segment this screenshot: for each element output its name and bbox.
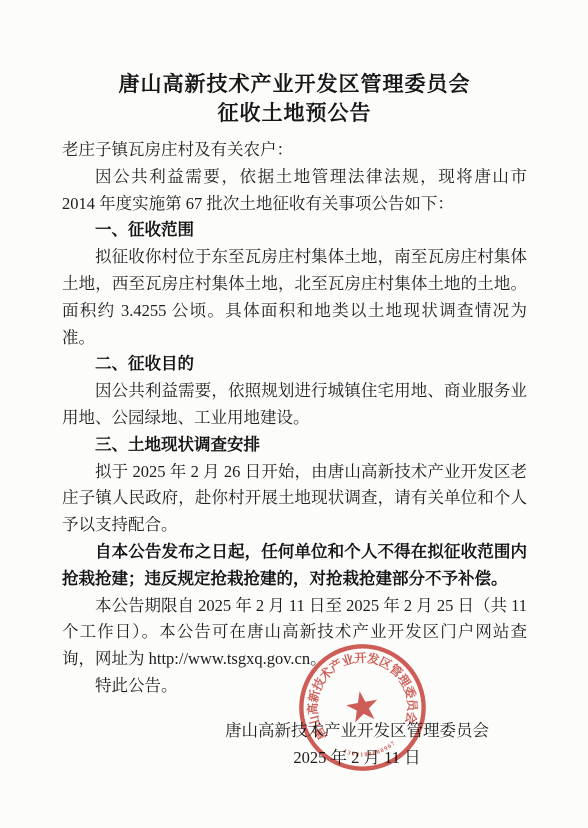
intro-paragraph: 因公共利益需要，依据土地管理法律法规，现将唐山市 2014 年度实施第 67 批… [62, 164, 527, 218]
purpose-paragraph: 因公共利益需要，依照规划进行城镇住宅用地、商业服务业用地、公园绿地、工业用地建设… [62, 378, 527, 432]
notice-document-page: 唐山高新技术产业开发区管理委员会 征收土地预公告 老庄子镇瓦房庄村及有关农户： … [0, 0, 588, 828]
document-content: 唐山高新技术产业开发区管理委员会 征收土地预公告 老庄子镇瓦房庄村及有关农户： … [0, 0, 588, 771]
signature-organization: 唐山高新技术产业开发区管理委员会 [225, 717, 489, 744]
title-line-organization: 唐山高新技术产业开发区管理委员会 [62, 70, 527, 99]
signature-date: 2025 年 2 月 11 日 [225, 744, 489, 771]
greeting-line: 老庄子镇瓦房庄村及有关农户： [62, 137, 527, 164]
section-heading-survey: 三、土地现状调查安排 [62, 432, 527, 459]
document-title: 唐山高新技术产业开发区管理委员会 征收土地预公告 [62, 70, 527, 128]
signature-inner: 唐山高新技术产业开发区管理委员会 2025 年 2 月 11 日 [225, 717, 489, 771]
scope-paragraph: 拟征收你村位于东至瓦房庄村集体土地，南至瓦房庄村集体土地，西至瓦房庄村集体土地，… [62, 244, 527, 351]
duration-paragraph: 本公告期限自 2025 年 2 月 11 日至 2025 年 2 月 25 日（… [62, 593, 527, 673]
section-heading-purpose: 二、征收目的 [62, 351, 527, 378]
title-line-notice-type: 征收土地预公告 [62, 99, 527, 128]
signature-block: 唐山高新技术产业开发区管理委员会 2025 年 2 月 11 日 [62, 717, 527, 771]
survey-paragraph: 拟于 2025 年 2 月 26 日开始，由唐山高新技术产业开发区老庄子镇人民政… [62, 459, 527, 539]
document-body: 老庄子镇瓦房庄村及有关农户： 因公共利益需要，依据土地管理法律法规，现将唐山市 … [62, 137, 527, 700]
prohibition-notice-paragraph: 自本公告发布之日起，任何单位和个人不得在拟征收范围内抢栽抢建；违反规定抢栽抢建的… [62, 539, 527, 593]
section-heading-scope: 一、征收范围 [62, 217, 527, 244]
closing-line: 特此公告。 [62, 673, 527, 700]
